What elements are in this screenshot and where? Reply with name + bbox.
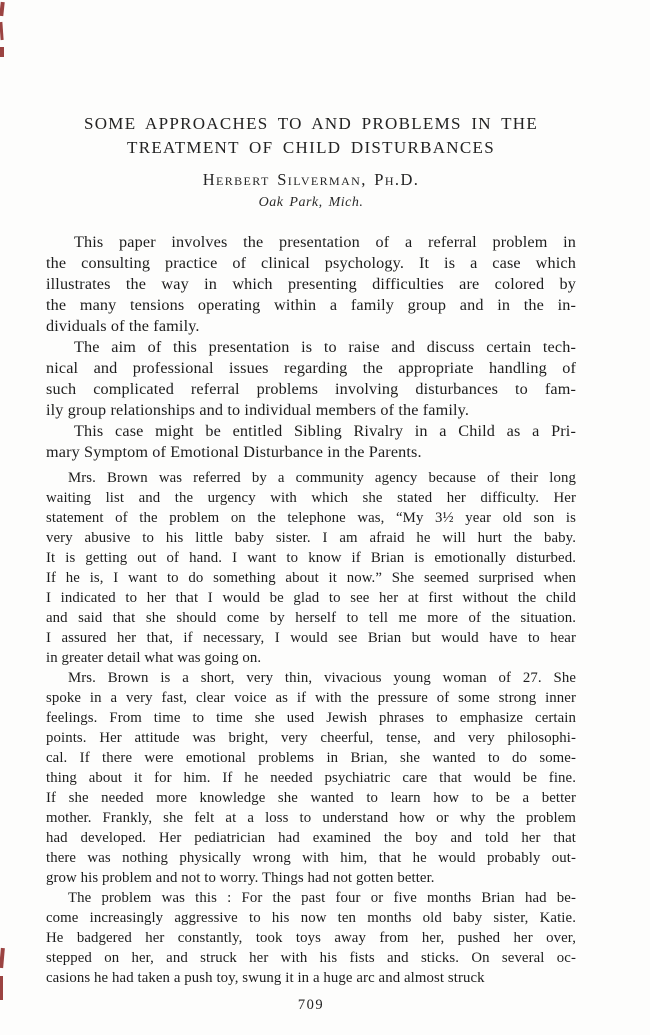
text-line: The aim of this presentation is to raise…: [46, 337, 576, 358]
text-line: there was nothing physically wrong with …: [46, 848, 576, 868]
red-margin-mark-top: [0, 2, 4, 57]
text-line: The problem was this : For the past four…: [46, 888, 576, 908]
case-history-section: Mrs. Brown was referred by a community a…: [46, 468, 576, 988]
text-line: I assured her that, if necessary, I woul…: [46, 628, 576, 648]
article-title-line-2: TREATMENT OF CHILD DISTURBANCES: [46, 136, 576, 160]
text-line: spoke in a very fast, clear voice as if …: [46, 688, 576, 708]
page-number: 709: [46, 997, 576, 1013]
text-line: such complicated referral problems invol…: [46, 379, 576, 400]
text-line: had developed. Her pediatrician had exam…: [46, 828, 576, 848]
text-line: come increasingly aggressive to his now …: [46, 908, 576, 928]
text-line: and said that she should come by herself…: [46, 608, 576, 628]
text-line: mother. Frankly, she felt at a loss to u…: [46, 808, 576, 828]
text-line: It is getting out of hand. I want to kno…: [46, 548, 576, 568]
article-title-line-1: SOME APPROACHES TO AND PROBLEMS IN THE: [46, 112, 576, 136]
text-line: waiting list and the urgency with which …: [46, 488, 576, 508]
text-line: casions he had taken a push toy, swung i…: [46, 968, 576, 988]
author-name: Herbert Silverman, Ph.D.: [46, 171, 576, 189]
text-line: illustrates the way in which presenting …: [46, 274, 576, 295]
text-line: nical and professional issues regarding …: [46, 358, 576, 379]
article-title: SOME APPROACHES TO AND PROBLEMS IN THE T…: [46, 0, 576, 160]
intro-section: This paper involves the presentation of …: [46, 232, 576, 463]
text-line: Mrs. Brown was referred by a community a…: [46, 468, 576, 488]
text-line: thing about it for him. If he needed psy…: [46, 768, 576, 788]
text-column: SOME APPROACHES TO AND PROBLEMS IN THE T…: [46, 0, 576, 1013]
text-line: ily group relationships and to individua…: [46, 400, 576, 421]
text-line: He badgered her constantly, took toys aw…: [46, 928, 576, 948]
text-line: If he is, I want to do something about i…: [46, 568, 576, 588]
text-line: the many tensions operating within a fam…: [46, 295, 576, 316]
text-line: This case might be entitled Sibling Riva…: [46, 421, 576, 442]
text-line: This paper involves the presentation of …: [46, 232, 576, 253]
text-line: Mrs. Brown is a short, very thin, vivaci…: [46, 668, 576, 688]
scanned-paper-page: SOME APPROACHES TO AND PROBLEMS IN THE T…: [0, 0, 650, 1035]
red-margin-mark-bottom: [0, 948, 4, 1000]
text-line: feelings. From time to time she used Jew…: [46, 708, 576, 728]
text-line: points. Her attitude was bright, very ch…: [46, 728, 576, 748]
text-line: stepped on her, and struck her with his …: [46, 948, 576, 968]
text-line: in greater detail what was going on.: [46, 648, 576, 668]
text-line: cal. If there were emotional problems in…: [46, 748, 576, 768]
text-line: dividuals of the family.: [46, 316, 576, 337]
text-line: mary Symptom of Emotional Disturbance in…: [46, 442, 576, 463]
text-line: grow his problem and not to worry. Thing…: [46, 868, 576, 888]
text-line: I indicated to her that I would be glad …: [46, 588, 576, 608]
author-affiliation: Oak Park, Mich.: [46, 195, 576, 211]
text-line: very abusive to his little baby sister. …: [46, 528, 576, 548]
text-line: If she needed more knowledge she wanted …: [46, 788, 576, 808]
text-line: statement of the problem on the telephon…: [46, 508, 576, 528]
text-line: the consulting practice of clinical psyc…: [46, 253, 576, 274]
